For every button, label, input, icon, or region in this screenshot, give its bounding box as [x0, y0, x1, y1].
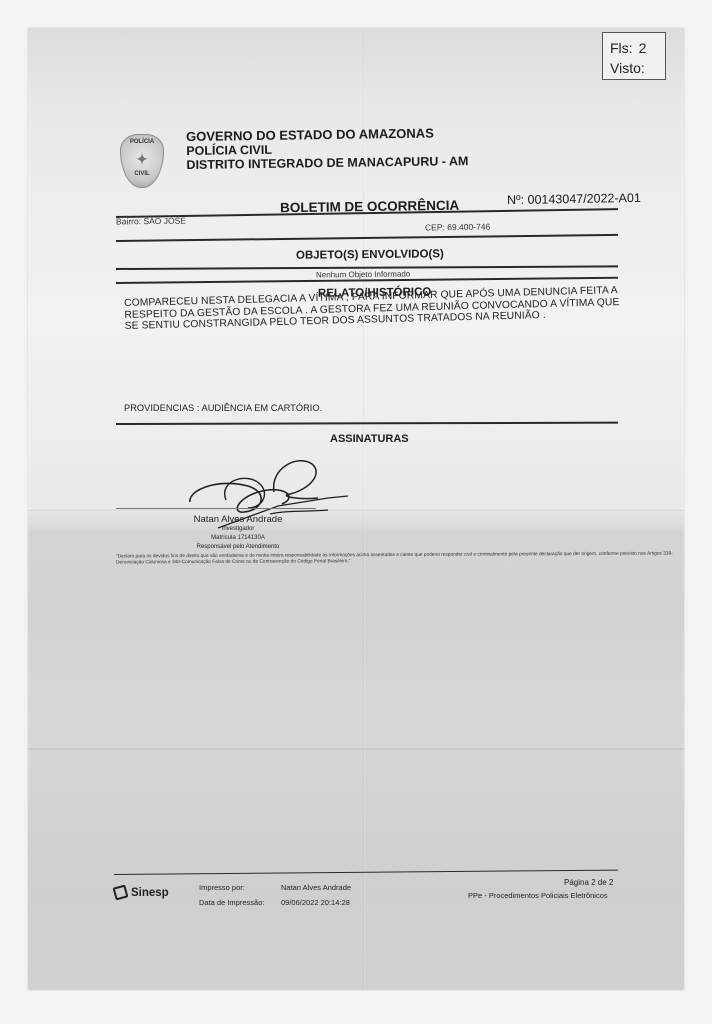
objects-value: Nenhum Objeto Informado [316, 270, 410, 280]
divider [116, 265, 618, 269]
signature-line [116, 508, 316, 509]
signer-block: Natan Alves Andrade Investigador Matrícu… [178, 514, 298, 552]
signer-responsibility: Responsável pelo Atendimento [178, 543, 298, 552]
fls-value: 2 [639, 38, 647, 58]
signatures-section-title: ASSINATURAS [330, 433, 409, 445]
signer-name: Natan Alves Andrade [178, 514, 298, 525]
signer-matricula: Matrícula 1714130A [178, 534, 298, 543]
signer-role: Investigador [178, 525, 298, 534]
declaration-text: "Declaro para os devidos fins de direito… [116, 552, 676, 567]
badge-bottom-text: CIVIL [121, 171, 163, 177]
print-info: Impresso por:Natan Alves Andrade Data de… [199, 880, 351, 910]
divider [116, 234, 618, 242]
agency-header: GOVERNO DO ESTADO DO AMAZONAS POLÍCIA CI… [186, 126, 469, 172]
narrative-text: COMPARECEU NESTA DELEGACIA A VÍTIMA , PA… [124, 285, 625, 333]
footer-divider [114, 870, 618, 876]
providencias-text: PROVIDENCIAS : AUDIÊNCIA EM CARTÓRIO. [124, 403, 322, 413]
fls-label: Fls: [610, 38, 633, 58]
sinesp-logo: Sinesp [114, 886, 169, 899]
page-stamp-box: Fls:2 Visto: [602, 32, 666, 80]
cep-field: CEP: 69.400-746 [425, 222, 490, 233]
fold-crease-horizontal-lower [28, 748, 684, 750]
badge-top-text: POLÍCIA [121, 139, 163, 145]
scanned-document-page: Fls:2 Visto: POLÍCIA ✦ CIVIL GOVERNO DO … [28, 28, 684, 990]
sinesp-logo-text: Sinesp [131, 887, 169, 899]
bairro-field: Bairro: SAO JOSE [116, 216, 186, 227]
print-date-value: 09/06/2022 20:14:28 [281, 895, 350, 910]
sinesp-logo-icon [113, 885, 129, 901]
visto-label: Visto: [610, 58, 665, 78]
agency-line-district: DISTRITO INTEGRADO DE MANACAPURU - AM [186, 154, 468, 172]
page-number: Página 2 de 2 [564, 878, 613, 887]
system-name: PPe - Procedimentos Policiais Eletrônico… [468, 891, 608, 900]
print-date-label: Data de Impressão: [199, 895, 281, 910]
divider [116, 422, 618, 425]
objects-section-title: OBJETO(S) ENVOLVIDO(S) [296, 248, 444, 262]
badge-emblem: ✦ [121, 151, 163, 168]
report-number: Nº: 00143047/2022-A01 [507, 191, 641, 207]
police-badge-icon: POLÍCIA ✦ CIVIL [120, 134, 164, 188]
printed-by-label: Impresso por: [199, 880, 281, 895]
printed-by-value: Natan Alves Andrade [281, 880, 351, 895]
